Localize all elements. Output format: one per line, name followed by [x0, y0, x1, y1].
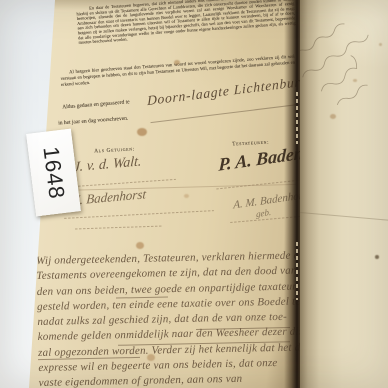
foxing-spot: [137, 128, 147, 136]
archive-number: 1648: [37, 145, 69, 201]
binding-stitch: [296, 92, 298, 144]
faint-handwriting-marks: [300, 0, 388, 130]
document-photo: En daar de Testateuren begeeren, dat zic…: [0, 0, 388, 388]
testator-signature-2-geb: geb.: [256, 207, 271, 219]
foxing-spot: [147, 354, 155, 361]
foxing-spot: [136, 242, 144, 249]
facing-blank-page: [300, 0, 388, 388]
handwritten-codicil: Wij ondergeteekenden, Testateuren, verkl…: [36, 249, 301, 388]
binding-stitch: [296, 242, 298, 300]
foxing-spot: [184, 194, 189, 198]
foxing-spot: [379, 43, 382, 46]
foxing-spot: [353, 79, 357, 82]
foxing-spot: [330, 114, 336, 119]
foxing-spot: [375, 255, 379, 259]
foxing-spot: [174, 60, 180, 65]
